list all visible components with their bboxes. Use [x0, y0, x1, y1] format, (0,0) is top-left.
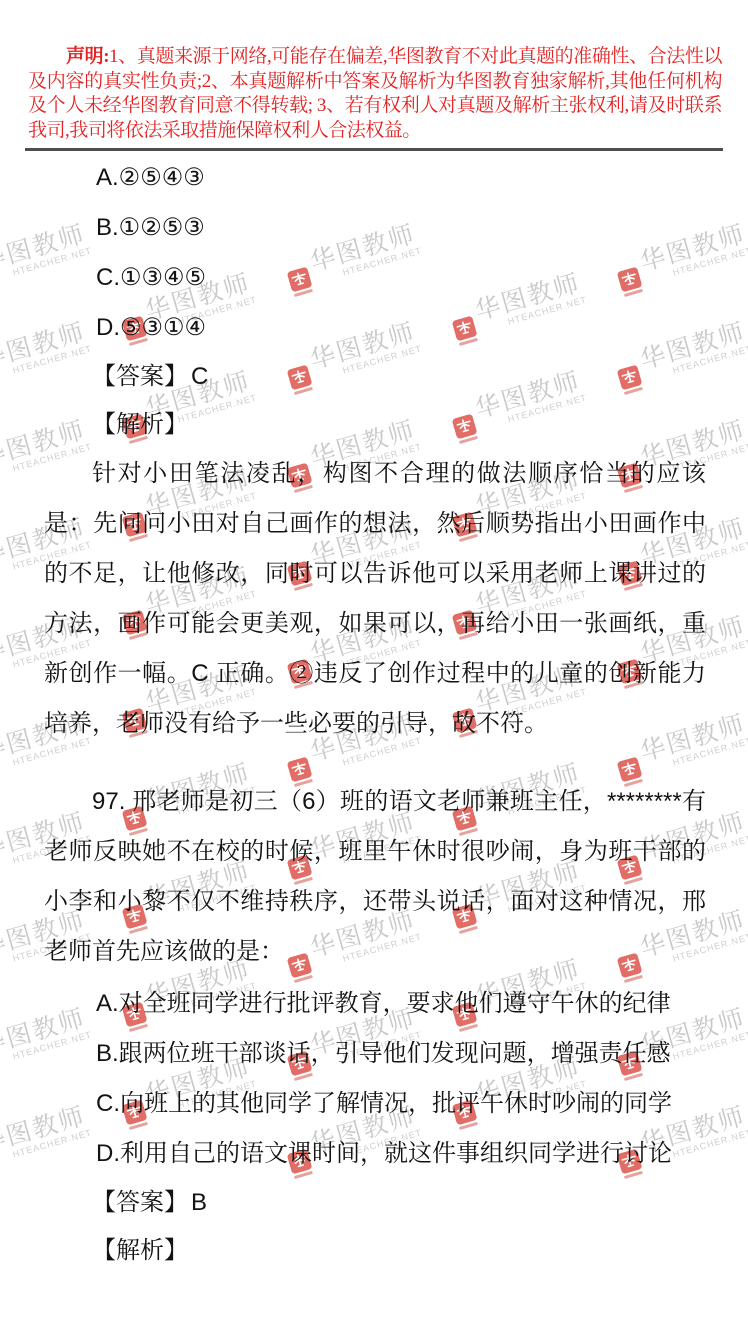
disclaimer-body: 1、真题来源于网络,可能存在偏差,华图教育不对此真题的准确性、合法性以及内容的真… — [28, 46, 722, 141]
analysis-text-96: 针对小田笔法凌乱，构图不合理的做法顺序恰当的应该是：先问问小田对自己画作的想法，… — [44, 449, 706, 749]
answer-label: 【答案】 — [92, 363, 188, 390]
analysis-label: 【解析】 — [92, 411, 188, 438]
option-a: A.②⑤④③ — [96, 153, 706, 203]
disclaimer-label: 声明: — [66, 46, 109, 67]
option-d: D.利用自己的语文课时间，就这件事组织同学进行讨论 — [96, 1129, 706, 1179]
exam-solution-content: 声明:1、真题来源于网络,可能存在偏差,华图教育不对此真题的准确性、合法性以及内… — [0, 45, 748, 1275]
disclaimer-text: 声明:1、真题来源于网络,可能存在偏差,华图教育不对此真题的准确性、合法性以及内… — [28, 45, 722, 143]
option-d: D.⑤③①④ — [96, 303, 706, 353]
analysis-label-96: 【解析】 — [44, 401, 706, 449]
question-97-options: A.对全班同学进行批评教育，要求他们遵守午休的纪律 B.跟两位班干部谈话，引导他… — [44, 979, 706, 1179]
answer-value: B — [188, 1189, 207, 1216]
question-96-options: A.②⑤④③ B.①②⑤③ C.①③④⑤ D.⑤③①④ — [44, 153, 706, 353]
answer-line-96: 【答案】C — [44, 353, 706, 401]
option-c: C.①③④⑤ — [96, 253, 706, 303]
answer-line-97: 【答案】B — [44, 1179, 706, 1227]
option-b: B.跟两位班干部谈话，引导他们发现问题，增强责任感 — [96, 1029, 706, 1079]
answer-value: C — [188, 363, 208, 390]
section-divider — [25, 148, 723, 151]
analysis-label-97: 【解析】 — [44, 1227, 706, 1275]
option-c: C.向班上的其他同学了解情况，批评午休时吵闹的同学 — [96, 1079, 706, 1129]
option-a: A.对全班同学进行批评教育，要求他们遵守午休的纪律 — [96, 979, 706, 1029]
document-page: { "disclaimer": { "label": "声明:", "body"… — [0, 0, 748, 1335]
question-97-stem: 97. 邢老师是初三（6）班的语文老师兼班主任，********有老师反映她不在… — [44, 777, 706, 977]
main-body: A.②⑤④③ B.①②⑤③ C.①③④⑤ D.⑤③①④ 【答案】C 【解析】 针… — [44, 153, 706, 1275]
option-b: B.①②⑤③ — [96, 203, 706, 253]
paragraph-gap — [44, 749, 706, 777]
answer-label: 【答案】 — [92, 1189, 188, 1216]
analysis-label: 【解析】 — [92, 1237, 188, 1264]
